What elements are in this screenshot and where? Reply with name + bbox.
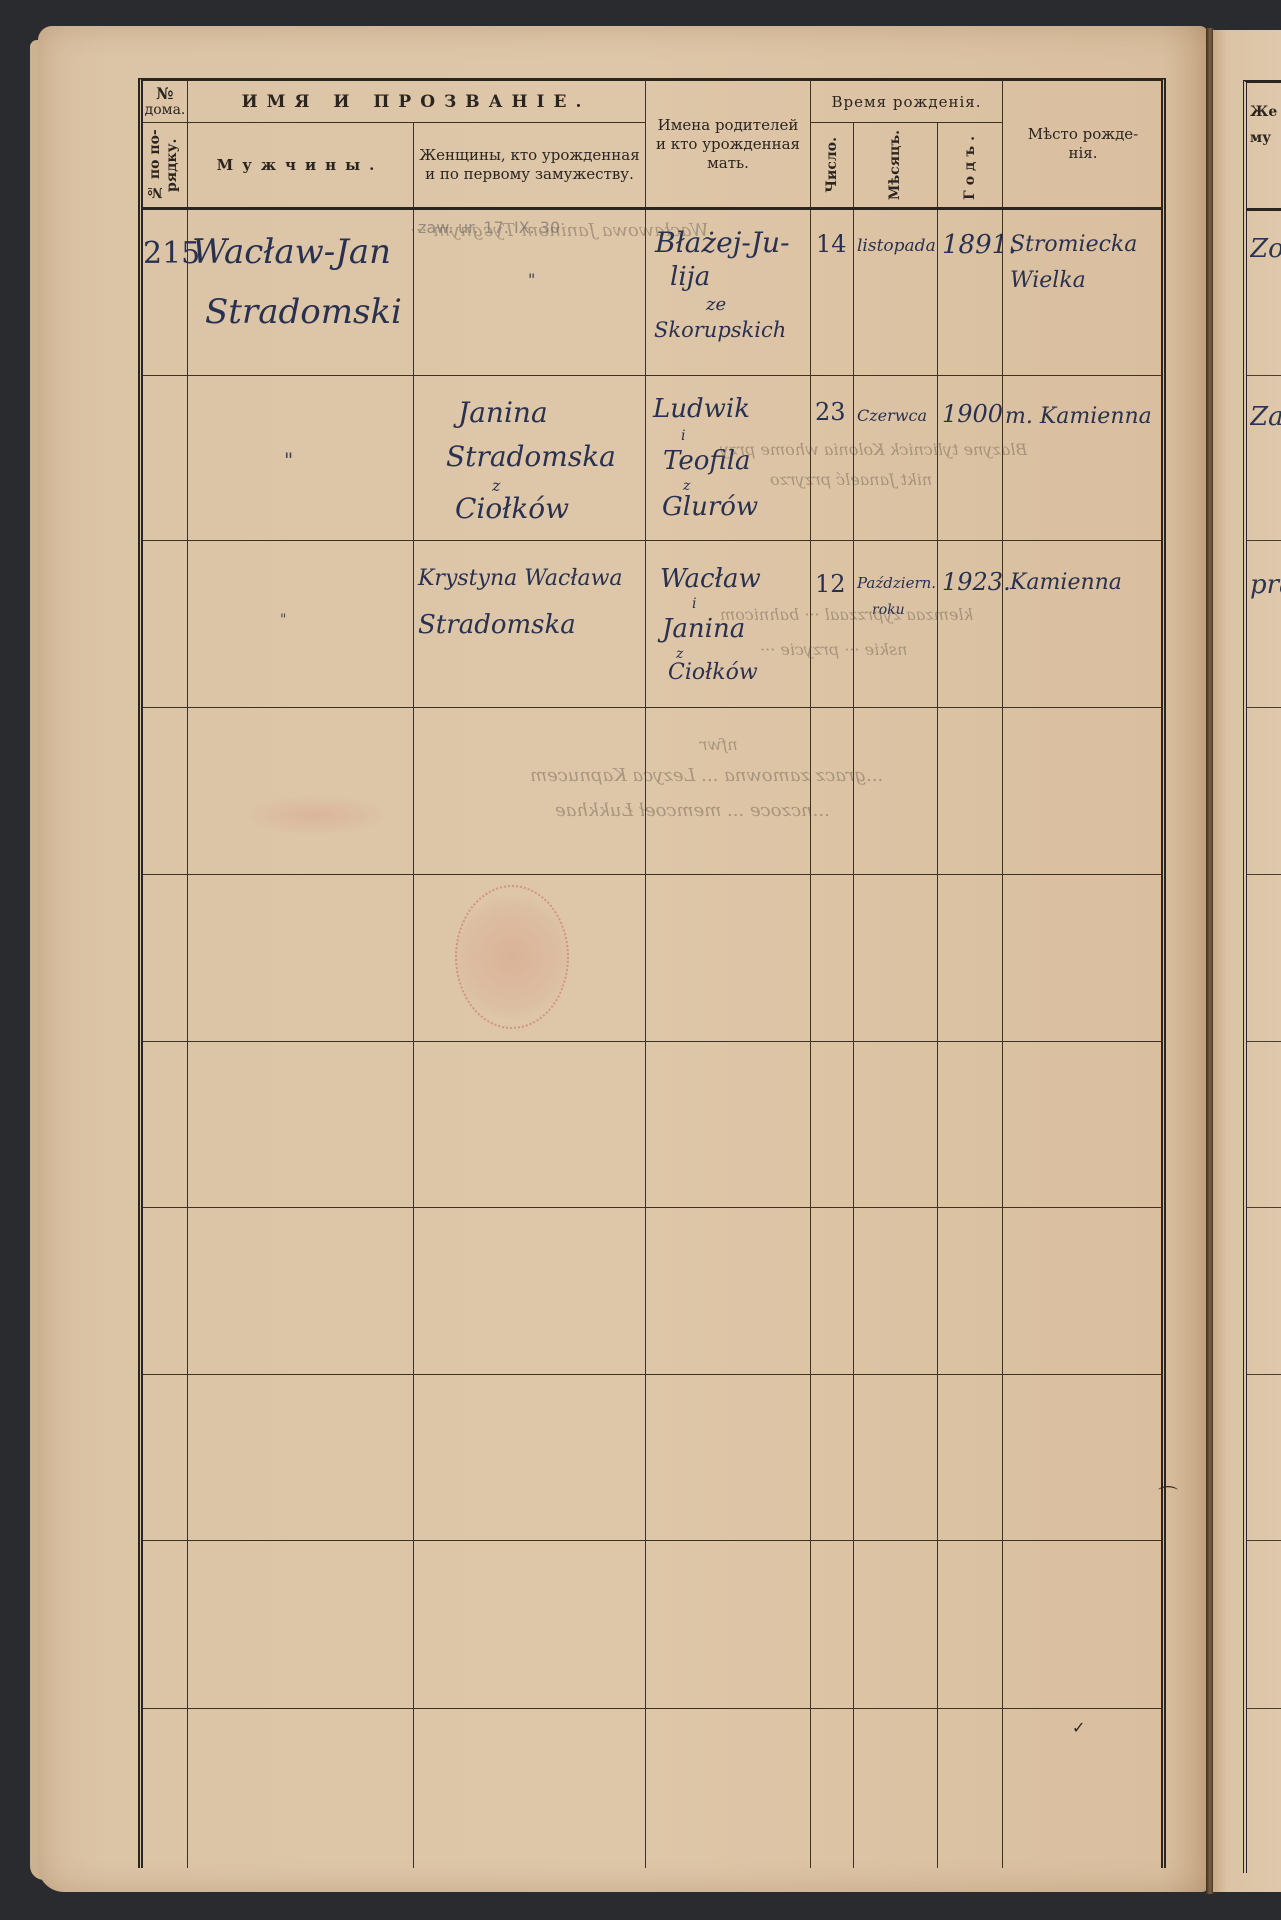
row-line <box>143 1540 1162 1541</box>
row-line <box>143 540 1162 541</box>
next-page-entry-1: Zo <box>1250 234 1281 264</box>
row-3-year: 1923. <box>942 568 1011 596</box>
next-page-row-line <box>1247 375 1281 376</box>
bleed-through: Blazyne tylicnick Kolonia whome przy <box>720 440 1027 459</box>
next-page-row-line <box>1247 1708 1281 1709</box>
row-3-women-line-2: Stradomska <box>418 610 576 640</box>
year-header: Годъ. <box>938 124 1002 206</box>
row-line <box>143 874 1162 875</box>
name-group-header: ИМЯ И ПРОЗВАНІЕ. <box>187 82 645 122</box>
next-page-entry-2: Zan <box>1250 402 1281 432</box>
row-1-birthplace-line-2: Wielka <box>1010 268 1086 293</box>
name-group-divider <box>187 122 645 123</box>
row-1-men-line-1: Wacław-Jan <box>192 232 391 272</box>
row-3-parents-line-1: Wacław <box>660 564 761 594</box>
row-line <box>143 1041 1162 1042</box>
row-2-birthplace: m. Kamienna <box>1005 404 1152 429</box>
row-line <box>143 1708 1162 1709</box>
men-header: Мужчины. <box>187 124 413 206</box>
row-2-day: 23 <box>815 398 846 426</box>
bleed-through-1: nfwr <box>700 735 738 754</box>
row-1-men-line-2: Stradomski <box>205 292 402 332</box>
next-page-row-line <box>1247 1041 1281 1042</box>
col-line-men <box>413 122 414 1868</box>
bleed-through: klemzaa zyprzzaal ··· bahnicom <box>720 605 973 624</box>
row-2-women-line-2: Stradomska <box>446 440 616 473</box>
next-page-row-line <box>1247 1540 1281 1541</box>
house-seq-divider <box>143 122 187 123</box>
row-line <box>143 1374 1162 1375</box>
row-3-month-line-2: roku <box>872 602 905 618</box>
row-2-parents-line-1: Ludwik <box>653 394 750 424</box>
row-1-parents-line-2: lija <box>670 262 710 292</box>
col-line-month <box>937 122 938 1868</box>
row-2-women-line-1: Janina <box>458 396 548 429</box>
row-3-day: 12 <box>815 570 846 598</box>
day-header: Число. <box>811 124 853 206</box>
row-3-women-line-1: Krystyna Wacława <box>418 566 623 591</box>
next-page-row-line <box>1247 1207 1281 1208</box>
header-bottom-rule <box>143 207 1162 210</box>
parents-header: Имена родителей и кто урожденная мать. <box>646 82 810 206</box>
row-3-parents-line-5: Ciołków <box>668 660 758 685</box>
row-line <box>143 375 1162 376</box>
next-page-frame <box>1243 80 1281 1873</box>
ink-tick: ✓ <box>1072 1718 1085 1737</box>
row-1-women-ditto: " <box>528 270 535 289</box>
bleed-through: nikt Janaelć przyrzo <box>770 470 932 489</box>
row-1-month: listopada <box>857 236 936 256</box>
house-no-label: дома. <box>145 102 186 119</box>
row-line <box>143 1207 1162 1208</box>
next-page-row-line <box>1247 707 1281 708</box>
birth-time-header: Время рожденія. <box>811 82 1002 122</box>
seq-no-label: № по по-рядку. <box>147 125 183 205</box>
row-2-women-line-4: Ciołków <box>455 492 569 525</box>
birthplace-header: Мѣсто рожде-нія. <box>1003 82 1163 206</box>
bleed-through-2: ...gracz zamowna ... Lezyca Kapnucem <box>530 765 883 786</box>
row-line <box>143 707 1162 708</box>
row-3-birthplace: Kamienna <box>1010 570 1122 595</box>
bleed-through-3: ...nczoce ... memcoeł Łukkhae <box>555 800 830 821</box>
row-3-men-ditto: " <box>280 612 286 628</box>
row-2-month: Czerwca <box>857 406 927 425</box>
next-page-row-line <box>1247 540 1281 541</box>
next-page-header-rule <box>1247 208 1281 211</box>
row-3-month-line-1: Październ. <box>857 574 936 592</box>
register-table <box>138 78 1166 1868</box>
house-no-header: № дома. <box>143 82 187 122</box>
row-2-men-ditto: " <box>284 448 293 472</box>
number-sign: № <box>156 85 173 102</box>
women-header: Женщины, кто урожденная и по первому зам… <box>414 124 645 206</box>
red-stamp <box>455 885 569 1029</box>
row-1-pencil-note: zaw. ur. 17. IX. 30 <box>418 218 560 237</box>
col-line-women <box>645 80 646 1868</box>
row-2-parents-line-3: Teofila <box>663 446 751 476</box>
month-label: Мѣсяцъ. <box>887 130 904 200</box>
row-1-day: 14 <box>816 230 847 258</box>
col-line-seq <box>187 80 188 1868</box>
month-header: Мѣсяцъ. <box>854 124 937 206</box>
row-2-parents-line-2: i <box>681 428 685 444</box>
next-page-header-1: Же <box>1250 98 1281 126</box>
row-3-parents-line-3: Janina <box>662 614 745 644</box>
col-line-day <box>853 122 854 1868</box>
margin-ink-mark: ⌒ <box>1158 1480 1178 1509</box>
row-1-birthplace-line-1: Stromiecka <box>1010 232 1137 257</box>
row-1-year: 1891. <box>942 230 1016 260</box>
next-page-row-line <box>1247 874 1281 875</box>
col-line-year <box>1002 80 1003 1868</box>
row-1-parents-line-1: Błażej-Ju- <box>655 226 790 259</box>
row-2-year: 1900 <box>942 400 1003 428</box>
row-1-parents-line-4: Skorupskich <box>654 318 786 342</box>
birth-time-divider <box>810 122 1002 123</box>
day-label: Число. <box>824 137 841 193</box>
seq-no-header: № по по-рядку. <box>143 124 187 206</box>
year-label: Годъ. <box>962 131 979 200</box>
row-3-parents-line-2: i <box>692 596 696 612</box>
bleed-through: nskie ··· przycie ··· <box>760 640 907 659</box>
next-page-header-2: му <box>1250 124 1281 152</box>
row-2-parents-line-5: Glurów <box>662 492 758 522</box>
next-page-row-line <box>1247 1374 1281 1375</box>
col-line-parents <box>810 80 811 1868</box>
stamp-trace <box>240 795 390 835</box>
next-page-entry-3: pra <box>1250 570 1281 600</box>
row-1-parents-line-3: ze <box>706 294 726 315</box>
